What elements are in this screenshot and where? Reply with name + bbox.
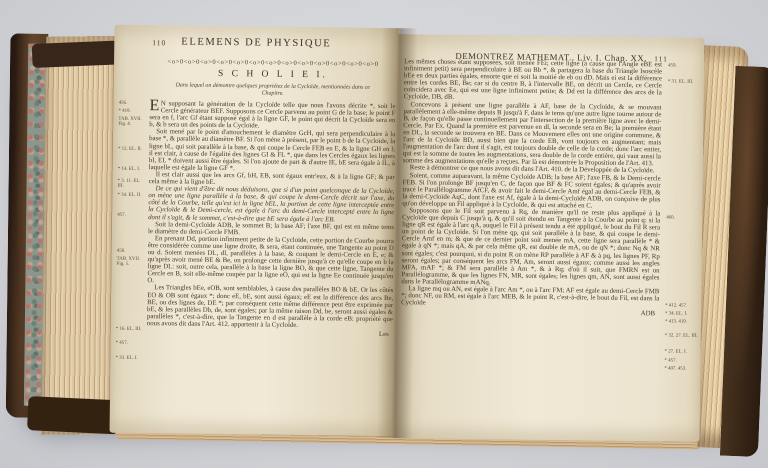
- photo-background: 110 ELEMENS DE PHYSIQUE <o>0<o>0<o>0<o>0…: [0, 0, 768, 468]
- paragraph: En prenant Dd, portion infiniment petite…: [147, 235, 394, 288]
- margin-note: * 31. EL. III.: [668, 79, 702, 85]
- margin-note: * 14. EL. I.: [118, 167, 147, 173]
- paragraph: De ce qui vient d'être dit nous déduison…: [148, 185, 394, 223]
- paragraph: Soient, comme auparavant, la même Cycloï…: [402, 172, 660, 211]
- left-page: 110 ELEMENS DE PHYSIQUE <o>0<o>0<o>0<o>0…: [110, 25, 399, 436]
- margin-note: * 27. EL. I.: [665, 349, 699, 355]
- margin-note: * 412. 457.: [665, 303, 699, 309]
- margin-note: * 419.: [118, 109, 147, 115]
- margin-note: * 34. EL. I.: [665, 311, 699, 317]
- margin-note: * 413. 419.: [665, 319, 699, 325]
- margin-note: * 457.: [116, 341, 145, 347]
- margin-note: * 16. EL. III.: [116, 327, 145, 333]
- paragraph: Supposons que le Fil soit parvenu à Rq, …: [401, 207, 660, 288]
- cover-corner-top-left: [32, 40, 119, 67]
- ornament-row: <o>0<o>0<o>0<o>0<o>0<o>0<o>0<o>0<o>0<o>0…: [150, 58, 396, 68]
- margin-note: * 33. EL. I.: [115, 356, 144, 362]
- left-text-block: EN supposant la génération de la Cycloïd…: [147, 100, 396, 338]
- section-heading: S C H O L I E I.: [150, 68, 396, 81]
- margin-note: 460.: [666, 215, 700, 221]
- margin-note: * 3. 11. EL. III.: [118, 179, 147, 190]
- drop-cap: E: [149, 100, 159, 113]
- margin-note: * 34. EL. II.: [117, 193, 146, 199]
- paragraph: EN supposant la génération de la Cycloïd…: [149, 100, 395, 131]
- margin-note: 456.: [119, 101, 148, 107]
- paragraph: La ligne mq ou AN, est égale à l'arc Am …: [401, 285, 659, 309]
- open-book: 110 ELEMENS DE PHYSIQUE <o>0<o>0<o>0<o>0…: [0, 0, 768, 468]
- right-page: DEMONTREZ MATHEMAT., Liv. I. Chap. XX. 1…: [394, 34, 705, 442]
- margin-note: 457.: [117, 213, 146, 219]
- paragraph: Concevons à présent une ligne parallèle …: [403, 101, 662, 168]
- right-text-block: Les mêmes choses étant supposées, soit m…: [401, 58, 662, 318]
- margin-note: TAB. XVII. Fig. 5.: [117, 257, 146, 268]
- left-page-block-edge: [42, 36, 119, 435]
- margin-note: * 12. EL. II.: [118, 147, 147, 153]
- margin-note: 459.: [668, 63, 702, 69]
- margin-note: * 457.: [664, 358, 698, 364]
- paragraph: Soit mené par le point d'attouchement le…: [149, 128, 396, 174]
- paragraph: Les mêmes choses étant supposées, soit m…: [404, 58, 663, 104]
- margin-note: * 32. 27. EL. III.: [665, 333, 699, 339]
- section-subtitle: Dans lequel on démontre quelques proprié…: [172, 82, 374, 98]
- cover-corner-bottom-left: [27, 396, 120, 434]
- margin-note: 458.: [117, 249, 146, 255]
- margin-note: TAB. XVII. Fig. 4.: [118, 117, 147, 128]
- gutter-shadow: [377, 28, 418, 438]
- paragraph: Les Triangles bEe, eOB, sont semblables,…: [147, 285, 394, 331]
- right-margin-notes: 459.* 31. EL. III.460.* 412. 457.* 34. E…: [663, 37, 702, 441]
- margin-note: * 407. 453.: [664, 366, 698, 372]
- left-margin-notes: 456.* 419.TAB. XVII. Fig. 4.* 12. EL. II…: [115, 25, 149, 433]
- left-running-title: ELEMENS DE PHYSIQUE: [114, 36, 398, 50]
